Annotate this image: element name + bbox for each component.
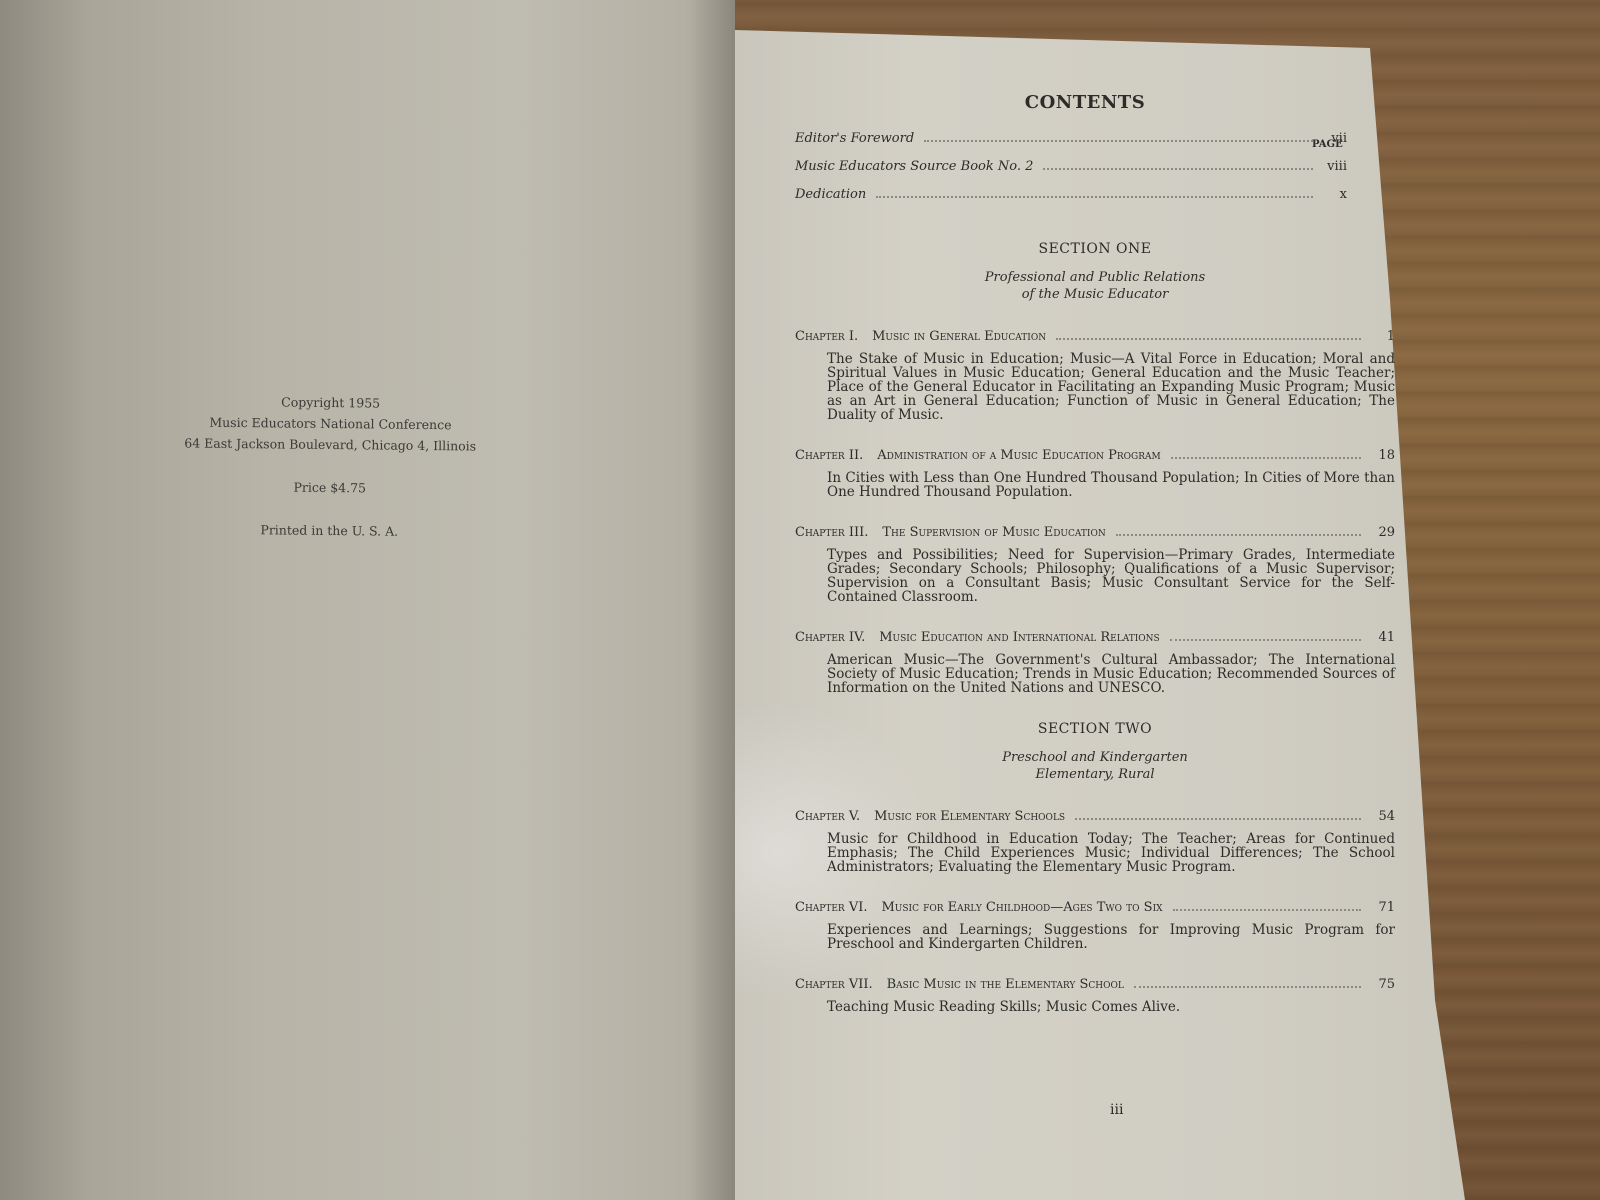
chapter-number: Chapter IV. (795, 630, 865, 645)
section-subtitle: Preschool and KindergartenElementary, Ru… (795, 749, 1395, 783)
chapter-number: Chapter VI. (795, 900, 868, 915)
chapter-title: Music in General Education (872, 329, 1046, 344)
chapter-description: In Cities with Less than One Hundred Tho… (827, 471, 1395, 499)
chapter-description: Experiences and Learnings; Suggestions f… (827, 923, 1395, 951)
toc-entry: Dedicationx (795, 187, 1347, 215)
section-heading: SECTION TWO (795, 721, 1395, 737)
toc-entry-title: Editor's Foreword (795, 131, 914, 146)
section-subtitle-line: of the Music Educator (795, 286, 1395, 303)
chapter-entry: Chapter I.Music in General Education1The… (795, 329, 1395, 422)
dot-leader (1043, 168, 1313, 170)
chapter-entry: Chapter II.Administration of a Music Edu… (795, 448, 1395, 499)
toc-entry-title: Dedication (795, 187, 866, 202)
chapter-entry: Chapter IV.Music Education and Internati… (795, 630, 1395, 695)
chapter-description: The Stake of Music in Education; Music—A… (827, 352, 1395, 422)
toc-section: SECTION ONEProfessional and Public Relat… (795, 241, 1395, 695)
dot-leader (1056, 338, 1361, 340)
chapter-description: American Music—The Government's Cultural… (827, 653, 1395, 695)
chapter-entry: Chapter VI.Music for Early Childhood—Age… (795, 900, 1395, 951)
chapter-page: 41 (1371, 630, 1395, 645)
front-matter-list: Editor's ForewordviiMusic Educators Sour… (795, 131, 1395, 215)
chapter-page: 29 (1371, 525, 1395, 540)
chapter-page: 71 (1371, 900, 1395, 915)
table-of-contents: CONTENTS PAGE Editor's ForewordviiMusic … (795, 92, 1395, 1014)
chapter-page: 18 (1371, 448, 1395, 463)
sections-list: SECTION ONEProfessional and Public Relat… (795, 241, 1395, 1014)
section-heading: SECTION ONE (795, 241, 1395, 257)
toc-entry-page: x (1323, 187, 1347, 202)
toc-entry-title: Music Educators Source Book No. 2 (795, 159, 1033, 174)
chapter-number: Chapter V. (795, 809, 860, 824)
address-line: 64 East Jackson Boulevard, Chicago 4, Il… (165, 432, 495, 456)
section-subtitle-line: Elementary, Rural (795, 766, 1395, 783)
chapter-number: Chapter II. (795, 448, 863, 463)
chapter-page: 54 (1371, 809, 1395, 824)
toc-entry: Music Educators Source Book No. 2viii (795, 159, 1347, 187)
toc-entry-page: viii (1323, 159, 1347, 174)
chapter-title: Music for Early Childhood—Ages Two to Si… (882, 900, 1163, 915)
contents-title: CONTENTS (775, 92, 1395, 113)
chapter-number: Chapter VII. (795, 977, 873, 992)
chapter-page: 75 (1371, 977, 1395, 992)
dot-leader (1170, 639, 1361, 641)
section-subtitle-line: Preschool and Kindergarten (795, 749, 1395, 766)
chapter-description: Music for Childhood in Education Today; … (827, 832, 1395, 874)
chapter-page: 1 (1371, 329, 1395, 344)
chapter-description: Teaching Music Reading Skills; Music Com… (827, 1000, 1395, 1014)
left-page: Copyright 1955 Music Educators National … (0, 0, 735, 1200)
chapter-entry: Chapter VII.Basic Music in the Elementar… (795, 977, 1395, 1014)
chapter-description: Types and Possibilities; Need for Superv… (827, 548, 1395, 604)
section-subtitle: Professional and Public Relationsof the … (795, 269, 1395, 303)
dot-leader (876, 196, 1313, 198)
chapter-number: Chapter III. (795, 525, 868, 540)
chapter-title: Administration of a Music Education Prog… (877, 448, 1160, 463)
copyright-imprint: Copyright 1955 Music Educators National … (164, 390, 496, 542)
chapter-title: Basic Music in the Elementary School (887, 977, 1124, 992)
section-subtitle-line: Professional and Public Relations (795, 269, 1395, 286)
chapter-entry: Chapter III.The Supervision of Music Edu… (795, 525, 1395, 604)
chapter-entry: Chapter V.Music for Elementary Schools54… (795, 809, 1395, 874)
chapter-number: Chapter I. (795, 329, 858, 344)
dot-leader (1171, 457, 1361, 459)
printed-line: Printed in the U. S. A. (164, 518, 494, 542)
toc-section: SECTION TWOPreschool and KindergartenEle… (795, 721, 1395, 1014)
gutter-shadow (690, 0, 735, 1200)
dot-leader (1116, 534, 1361, 536)
dot-leader (1075, 818, 1361, 820)
page-number-folio: iii (1110, 1102, 1123, 1118)
page-column-label: PAGE (1312, 139, 1343, 150)
dot-leader (924, 140, 1313, 142)
chapter-title: Music for Elementary Schools (874, 809, 1065, 824)
dot-leader (1173, 909, 1361, 911)
toc-entry: Editor's Forewordvii (795, 131, 1347, 159)
dot-leader (1134, 986, 1361, 988)
chapter-title: Music Education and International Relati… (879, 630, 1159, 645)
chapter-title: The Supervision of Music Education (882, 525, 1105, 540)
